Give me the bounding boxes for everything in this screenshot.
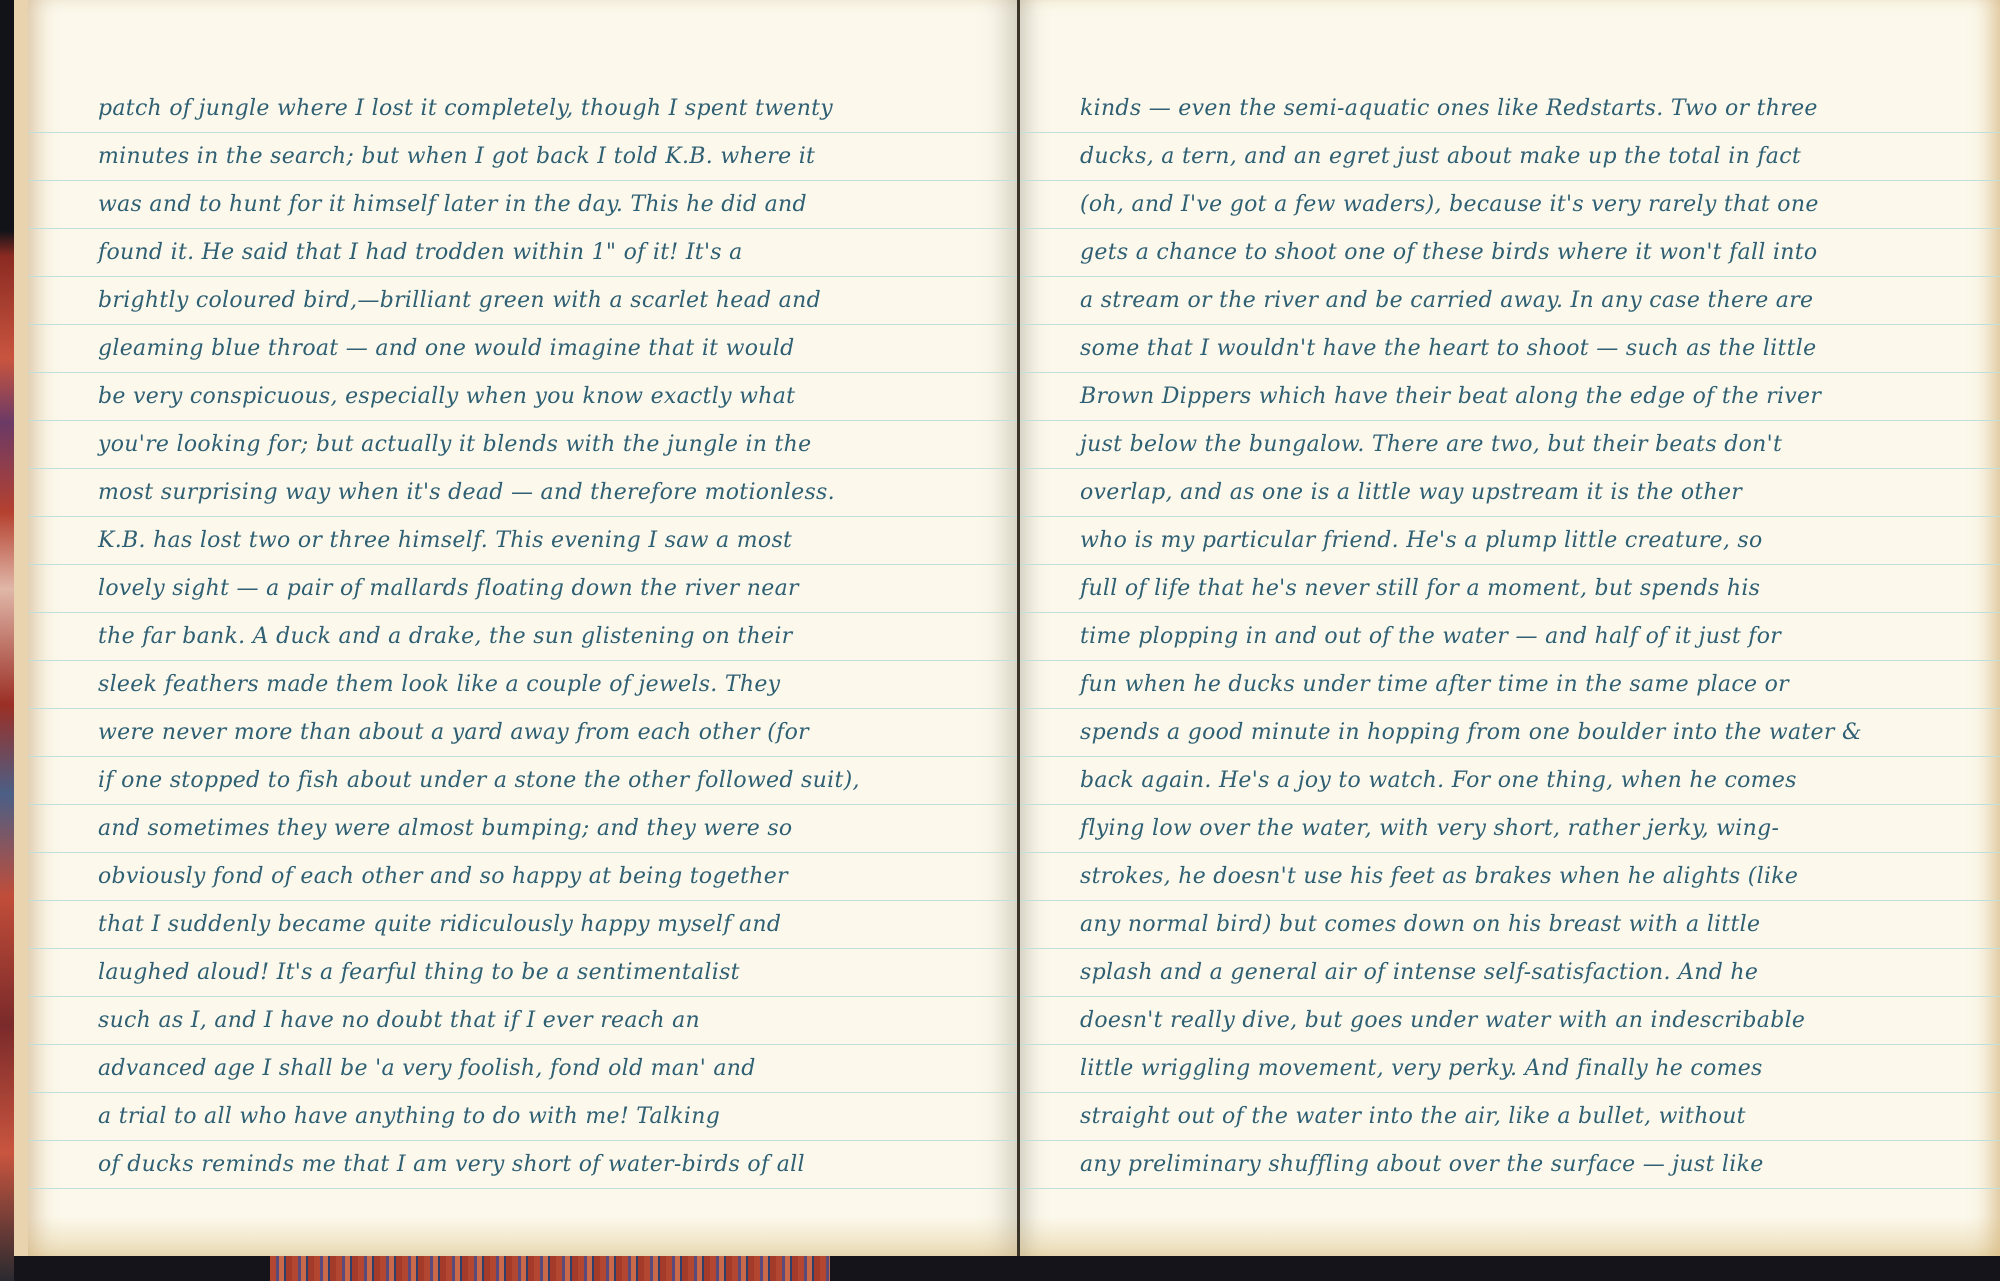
handwritten-line: just below the bungalow. There are two, … <box>1020 421 2000 469</box>
handwritten-line: little wriggling movement, very perky. A… <box>1020 1045 2000 1093</box>
handwritten-line: advanced age I shall be 'a very foolish,… <box>28 1045 1018 1093</box>
handwritten-line: gleaming blue throat — and one would ima… <box>28 325 1018 373</box>
handwritten-line: the far bank. A duck and a drake, the su… <box>28 613 1018 661</box>
handwritten-line: straight out of the water into the air, … <box>1020 1093 2000 1141</box>
handwritten-line: time plopping in and out of the water — … <box>1020 613 2000 661</box>
handwritten-line: fun when he ducks under time after time … <box>1020 661 2000 709</box>
handwritten-line: that I suddenly became quite ridiculousl… <box>28 901 1018 949</box>
handwritten-line: kinds — even the semi-aquatic ones like … <box>1020 85 2000 133</box>
handwritten-line: Brown Dippers which have their beat alon… <box>1020 373 2000 421</box>
handwritten-line: brightly coloured bird,—brilliant green … <box>28 277 1018 325</box>
handwritten-line: of ducks reminds me that I am very short… <box>28 1141 1018 1189</box>
handwritten-line: back again. He's a joy to watch. For one… <box>1020 757 2000 805</box>
right-page: kinds — even the semi-aquatic ones like … <box>1020 0 2000 1256</box>
handwritten-line: minutes in the search; but when I got ba… <box>28 133 1018 181</box>
handwritten-line: flying low over the water, with very sho… <box>1020 805 2000 853</box>
handwritten-line: if one stopped to fish about under a sto… <box>28 757 1018 805</box>
handwritten-line: some that I wouldn't have the heart to s… <box>1020 325 2000 373</box>
handwritten-line: a trial to all who have anything to do w… <box>28 1093 1018 1141</box>
handwritten-line: any preliminary shuffling about over the… <box>1020 1141 2000 1189</box>
handwritten-line: were never more than about a yard away f… <box>28 709 1018 757</box>
handwritten-line: lovely sight — a pair of mallards floati… <box>28 565 1018 613</box>
marbled-cover-edge <box>0 0 14 1281</box>
handwritten-line: laughed aloud! It's a fearful thing to b… <box>28 949 1018 997</box>
handwritten-line: you're looking for; but actually it blen… <box>28 421 1018 469</box>
handwritten-line: ducks, a tern, and an egret just about m… <box>1020 133 2000 181</box>
page-stain <box>28 1216 1018 1256</box>
handwritten-line: splash and a general air of intense self… <box>1020 949 2000 997</box>
left-page: patch of jungle where I lost it complete… <box>14 0 1018 1256</box>
handwritten-line: full of life that he's never still for a… <box>1020 565 2000 613</box>
handwritten-line: such as I, and I have no doubt that if I… <box>28 997 1018 1045</box>
notebook-spread: patch of jungle where I lost it complete… <box>0 0 2000 1281</box>
left-page-lines: patch of jungle where I lost it complete… <box>28 85 1018 1189</box>
handwritten-line: patch of jungle where I lost it complete… <box>28 85 1018 133</box>
right-page-lines: kinds — even the semi-aquatic ones like … <box>1020 85 2000 1189</box>
handwritten-line: was and to hunt for it himself later in … <box>28 181 1018 229</box>
handwritten-line: spends a good minute in hopping from one… <box>1020 709 2000 757</box>
handwritten-line: found it. He said that I had trodden wit… <box>28 229 1018 277</box>
handwritten-line: any normal bird) but comes down on his b… <box>1020 901 2000 949</box>
handwritten-line: overlap, and as one is a little way upst… <box>1020 469 2000 517</box>
page-stain <box>1020 1216 2000 1256</box>
handwritten-line: a stream or the river and be carried awa… <box>1020 277 2000 325</box>
handwritten-line: who is my particular friend. He's a plum… <box>1020 517 2000 565</box>
handwritten-line: strokes, he doesn't use his feet as brak… <box>1020 853 2000 901</box>
handwritten-line: doesn't really dive, but goes under wate… <box>1020 997 2000 1045</box>
handwritten-line: sleek feathers made them look like a cou… <box>28 661 1018 709</box>
handwritten-line: and sometimes they were almost bumping; … <box>28 805 1018 853</box>
handwritten-line: (oh, and I've got a few waders), because… <box>1020 181 2000 229</box>
marbled-cover-bottom <box>270 1255 830 1281</box>
handwritten-line: gets a chance to shoot one of these bird… <box>1020 229 2000 277</box>
handwritten-line: be very conspicuous, especially when you… <box>28 373 1018 421</box>
handwritten-line: obviously fond of each other and so happ… <box>28 853 1018 901</box>
handwritten-line: K.B. has lost two or three himself. This… <box>28 517 1018 565</box>
handwritten-line: most surprising way when it's dead — and… <box>28 469 1018 517</box>
